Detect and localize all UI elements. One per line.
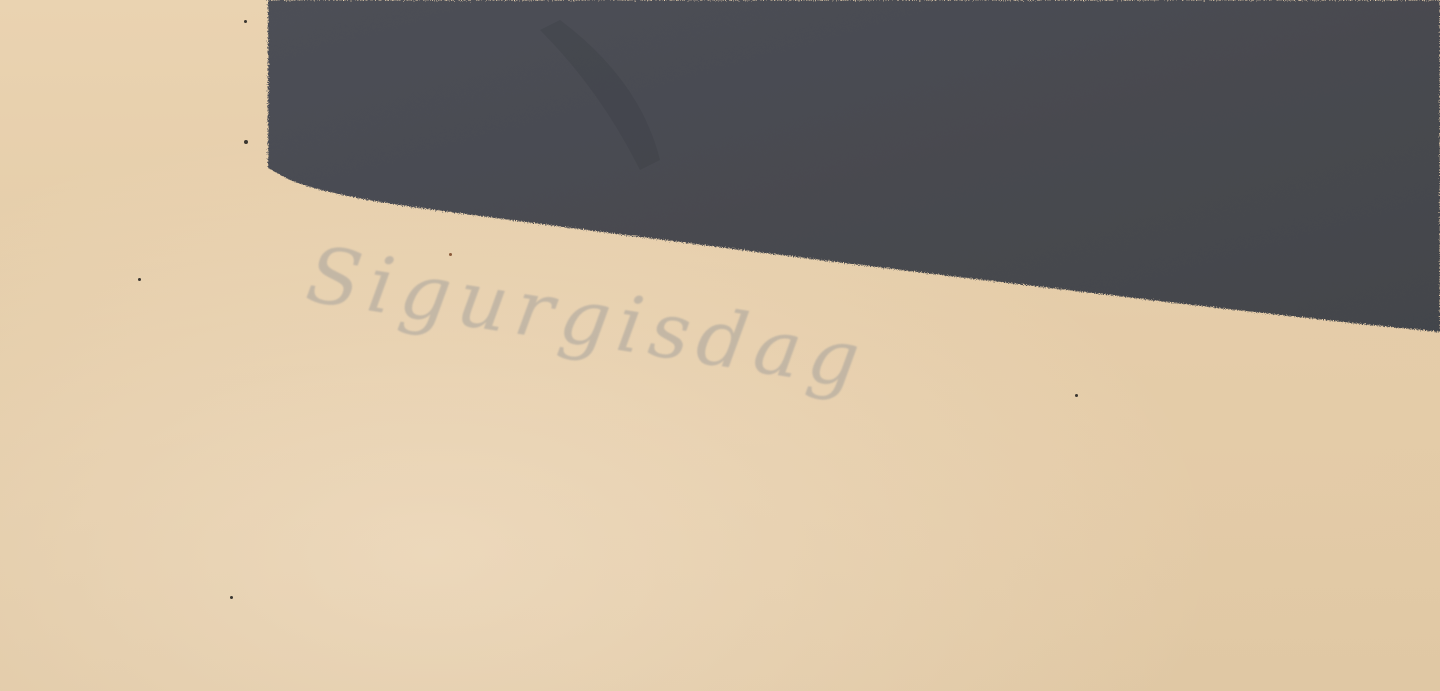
paper-speck <box>1075 394 1078 397</box>
paper-speck <box>230 596 233 599</box>
paper-speck <box>244 20 247 23</box>
paper-speck <box>138 278 141 281</box>
paper-speck <box>449 253 452 256</box>
paper-speck <box>244 140 248 144</box>
